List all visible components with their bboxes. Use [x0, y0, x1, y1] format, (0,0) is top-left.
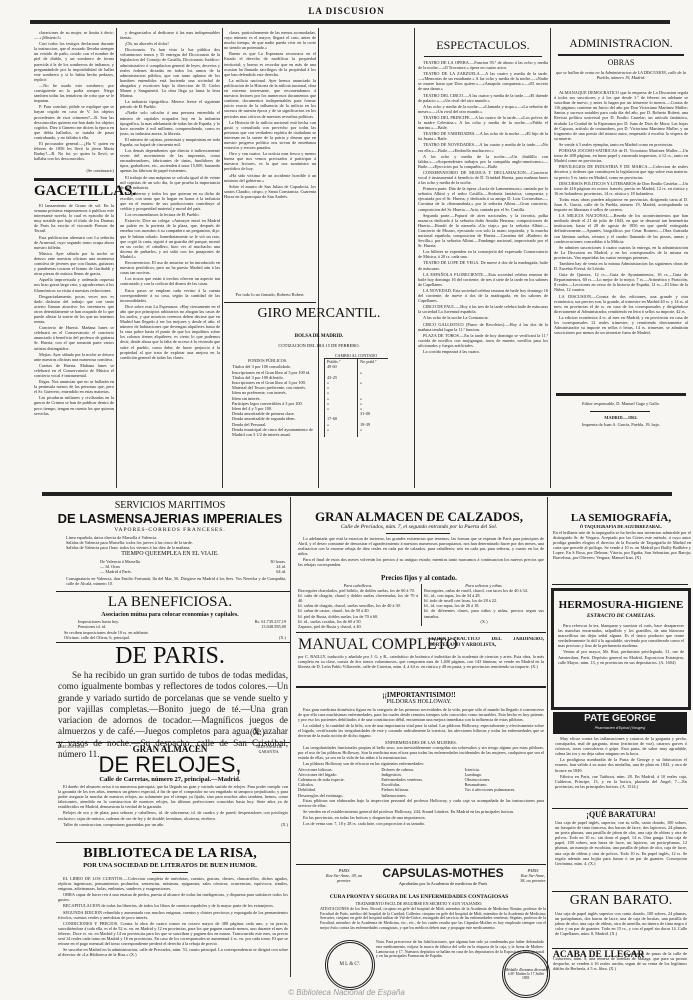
men-price-list: Borceguíes charolados, piel bóbilo, de d… [298, 588, 418, 629]
mensajerias-title: DE LASMENSAJERIAS IMPERIALES [50, 511, 290, 526]
paragraph: —No he usado este sombrero; por consigui… [34, 83, 114, 103]
price-item: Id. caña de chagrín, charol y dobles sue… [298, 593, 418, 603]
biblioteca-subtitle: POR UNA SOCIEDAD DE LITERATOS DE BUEN HU… [50, 862, 290, 869]
ad-rule [56, 742, 290, 743]
gran-barato-title: GRAN BARATO. [549, 893, 693, 909]
ad-mark: (A. 1514.) [620, 784, 638, 789]
news-item: Desgraciadamente, pocas veces nos es dad… [34, 294, 114, 325]
book-listing: Guia de Quintos, 12 rs.—Guia de Ayuntami… [554, 272, 688, 292]
show-item: TEATRO DE LOPE DE VEGA. De nueve á dos d… [418, 260, 548, 270]
section-rule [590, 411, 650, 412]
ad-mark: (X) [635, 555, 641, 560]
paragraph: El gobierno y todos los que quieran en s… [120, 191, 220, 211]
show-item: A las ocho y media de la noche.—«Un diab… [418, 154, 548, 169]
pate-george-title: PATE GEORGE [553, 712, 687, 726]
seal-text: M L & Cº. [339, 962, 360, 968]
signature-line: Por todo lo no firmado, Roberto Robert. [224, 292, 316, 297]
book-listing: LA MILICIA NACIONAL.—Reseña de los acont… [554, 213, 688, 244]
paragraph: y desgraciados al dedicarse á las mas in… [120, 30, 220, 40]
book-listing: Se vende á 3 reales ejemplar, tanto en M… [554, 142, 688, 147]
news-column-2: y desgraciados al dedicarse á las mas in… [120, 30, 220, 488]
show-item: LA NOVEDAD. Esta sociedad celebra reunio… [418, 288, 548, 303]
paragraph: Diccionario. Ya han visto la luz pública… [120, 47, 220, 98]
route-time: 64 id. [276, 569, 286, 574]
manual-text: por C. BAILLY, traducido y añadido por J… [298, 654, 544, 669]
de-paris-mark: (X.) [250, 727, 265, 737]
show-item: CONSERVATORIO DE MUSICA Y DECLAMACION.—C… [418, 170, 548, 185]
benef-line: Oficinas: calle del Olivar, 6, principal… [64, 635, 130, 640]
ad-mark: (A. 1604) [659, 660, 676, 665]
biblioteca-title: BIBLIOTECA DE LA RISA, [50, 846, 290, 862]
semiografia-text: En el brillante arte de la taquigrafía s… [553, 530, 691, 580]
row-description: Deuda municipal de cinco del ayuntamient… [232, 427, 324, 437]
paragraph: Otro y van cuatro. La noticia mas fresca… [224, 151, 316, 171]
paragraph: Extravío. Dice un colega: «Anteayer entr… [120, 218, 220, 259]
capsulas-seal: M L & Cº. [325, 940, 375, 990]
show-item: La corrida empezará á las cuatro. [418, 349, 548, 354]
capsulas-text: ATESTACIONES de los Sres. Ricord, ciruja… [320, 907, 546, 937]
semiografia-subtitle: Ó TAQUIGRAFIA DE AGUIRREZABAL. [549, 524, 693, 529]
ad-rule [296, 686, 546, 688]
gacetillas-text: El lanzamiento de Grano de sol. En la se… [34, 203, 114, 488]
paragraph: Se suscribe en Madrid en la administraci… [58, 947, 288, 957]
show-item: LA ESPAÑOLA FLORECIENTE.—Esta sociedad c… [418, 272, 548, 287]
semiografia-title: LA SEMIOGRAFÍA, [549, 512, 693, 524]
masthead-title: LA DISCUSION [0, 6, 693, 16]
show-item: TEATRO DE VARIEDADES.—A las ocho de la n… [418, 131, 548, 141]
table-body: Títulos del 3 por 100 consolidado.49 60I… [232, 364, 410, 437]
manual-title-right: TEORICO-PRACTICO DEL JARDINERO, HORTELAN… [428, 637, 544, 649]
paragraph: El número de cajistas, prensistas y maqu… [120, 137, 220, 147]
paragraph: El procurador general:—¿Ha V. quien en f… [34, 141, 114, 161]
women-price-list: Borceguíes, cañas de rusell, charol, con… [424, 588, 544, 619]
section-rule [50, 200, 98, 201]
acaba-text: al almacen de pasas de la calle de Cedac… [553, 951, 687, 981]
show-item: CIRCO DE PAUL.—Hoy á las tres de la tard… [418, 304, 548, 314]
masthead-rule [30, 20, 670, 24]
paragraph: OBRA capaz de hacer reir á una estatua d… [58, 892, 288, 902]
paragraph: Sobre el asunto de San Julian de Capadoc… [224, 184, 316, 199]
news-item: Música. Ayer sábado por la noche se detu… [34, 251, 114, 276]
paragraph: Los trozos que están á trechos ofrecen u… [120, 276, 220, 286]
paragraph: Una caja de papel inglés, superior, con … [555, 820, 687, 866]
paragraph: Taller de construccion, composturas gara… [58, 822, 164, 827]
bolsa-table: CAMBIO AL CONTADO Public.º No publ.º Tít… [232, 353, 410, 437]
book-listing: Todas estas obras pueden adquirirse en p… [554, 197, 688, 212]
paragraph-row: Ventas al por mayor, Mr. Riot, perfumist… [558, 649, 684, 664]
paragraph: Dice sobre esto La Esperanza: «Hay ciert… [120, 304, 220, 360]
news-column-3: clases, particularmente de las menos aco… [224, 30, 316, 290]
calzados-women: Para señoras y niñas. Borceguíes, cañas … [424, 583, 544, 624]
capsulas-approved: Aprobadas por la Academia de medicina de… [368, 881, 518, 886]
ad-rule [296, 864, 546, 865]
news-item: Esta publicacion alternará con La señori… [34, 235, 114, 250]
column-divider [421, 584, 422, 626]
benef-line-row: Oficinas: calle del Olivar, 6, principal… [64, 635, 286, 640]
paragraph: RECAPITULACION de todas las librerías, d… [58, 903, 288, 908]
relojes-address: Calle de Carretas, número 27, principal.… [50, 776, 290, 783]
show-item: A las ocho de la noche La Constancia. [418, 315, 548, 320]
biblioteca-text: EL LIBRO DE LOS CUENTOS.—Coleccion compl… [58, 876, 288, 976]
beneficiosa-rows: Imposiciones hasta hoy.Rs. 61.739.237,19… [78, 619, 286, 629]
library-credit: © Biblioteca Nacional de España [0, 988, 693, 997]
obras-title: OBRAS [552, 58, 690, 67]
paragraph: La milicia nacional. Ayer hemos anunciad… [224, 78, 316, 119]
holloway-subtitle: PILDORAS HOLLOWAY. [292, 699, 546, 705]
ad-rule [56, 842, 290, 843]
paragraph: Estas píldoras son elaboradas bajo la in… [298, 798, 544, 808]
show-item: TEATRO DEL PRINCIPE.—A las cuatro de la … [418, 115, 548, 130]
ad-rule [552, 584, 688, 585]
ad-rule [56, 591, 290, 592]
paragraph-row: Se suscribe en Madrid en la administraci… [58, 947, 288, 957]
ad-rule [552, 891, 688, 892]
disease-item: Tos ó afecciones pulmonares. [465, 787, 544, 792]
show-item: Segunda parte.—Popurrí de aires nacional… [418, 213, 548, 249]
column-divider [116, 28, 117, 488]
printer-line: Imprenta de Juan A. García, Puebla, 19, … [554, 422, 688, 427]
espectaculos-text: TEATRO DE LA OPERA.—Funcion 95.ª de abon… [418, 60, 548, 488]
book-listing: LA DISCUSION.—Consta de dos ediciones, u… [554, 294, 688, 314]
column-divider [414, 28, 415, 488]
ad-mark: (X.) [424, 619, 544, 624]
news-item: El lanzamiento de Grano de sol. En la se… [34, 203, 114, 234]
vapores-tagline: VAPORES-CORREOS FRANCESES. [50, 527, 290, 533]
gacetillas-title: GACETILLAS. [34, 183, 114, 200]
baratura-text: Una caja de papel inglés, superior, con … [555, 820, 687, 872]
paragraph: Una caja de papel inglés superior con ca… [555, 911, 687, 936]
news-item: Ilegas. Nos anuncian que no se hallarán … [34, 379, 114, 394]
pate-george-tagline: Pharmacien d'Epinal (Vosges) [553, 726, 687, 731]
signature-name: Roberto Robert. [277, 292, 305, 297]
paragraph: La Historia de la milicia nacional está … [224, 120, 316, 151]
medal-text: Médaille d'honneur décernée à Mº Mothes … [505, 968, 547, 981]
show-item: A las ocho y media de la noche.—«Llamada… [418, 104, 548, 114]
servicios-title: SERVICIOS MARITIMOS [50, 500, 290, 511]
hermosura-subtitle: ESTRACTO DE CAMELIAS. [554, 613, 688, 619]
paragraph: claraciones de su mujer, se limita á dec… [34, 30, 114, 40]
benef-value: 13.048.585,00 [261, 624, 286, 629]
paragraph: Estos pasos se emplean cada vecino á la … [120, 288, 220, 303]
ad-mark: (X.) [531, 664, 538, 669]
benef-row: Pensiones id. id.13.048.585,00 [78, 624, 286, 629]
book-listing: Se admiten suscriciones á cuatro cuartos… [554, 245, 688, 260]
paragraph: al almacen de pasas de la calle de Cedac… [553, 951, 687, 971]
city-year: MADRID.—1862. [554, 415, 688, 420]
paragraph: ¡Oh, no ahorréis el dolor! [120, 41, 220, 46]
row-no-publicado: » [357, 427, 390, 437]
disease-list: Afecciones biliosas.Afecciones del hígad… [298, 767, 544, 798]
relojes-title: DE RELOJES, [50, 752, 290, 778]
price-item: Id. de diferentes clases, para niños y n… [424, 608, 544, 618]
benef-label: Pensiones id. id. [78, 624, 106, 629]
signature-label: Por todo lo no firmado, [236, 292, 276, 297]
pate-george-banner: PATE GEORGE Pharmacien d'Epinal (Vosges) [553, 712, 687, 734]
column-divider [547, 497, 548, 977]
news-item: Concierto de Huerta. Mañana lunes se cel… [34, 325, 114, 350]
calzados-men: Para caballeros. Borceguíes charolados, … [298, 583, 418, 629]
book-listing: POESIAS JOCOSO-SATIRICAS de D. Victorian… [554, 148, 688, 163]
paragraph: SEGUNDA EDICION refundida y aumentada co… [58, 910, 288, 920]
book-listing: Tambien hay de venta en la misma Adminis… [554, 261, 688, 271]
administracion-text: ALMANAQUE DEMOCRATICO que la empresa de … [554, 90, 688, 390]
book-listing: DISCURSOS POLITICOS Y LITERARIOS de Don … [554, 181, 688, 196]
paragraph: Muy eficaz contra las inflamaciones y ca… [555, 736, 687, 756]
table-row: Deuda municipal de cinco del ayuntamient… [232, 427, 410, 437]
obras-intro: que se hallan de venta en la Administrac… [554, 70, 688, 80]
administracion-title: ADMINISTRACION. [552, 38, 690, 50]
section-rule [386, 533, 450, 534]
paragraph: Para refrescar la tez, blanquear y suavi… [558, 623, 684, 648]
ad-rule [552, 808, 688, 809]
address: Rue Ste-Anne, 38, au premier. [320, 873, 368, 883]
calzados-title: GRAN ALMACEN DE CALZADOS, [292, 509, 546, 525]
show-item: Los billetes se expenden en la conserjer… [418, 249, 548, 259]
paragraph: La calidad y la cantidad de la bilis, so… [298, 723, 544, 738]
news-item: Mejias. Ayer sábado por la noche se detu… [34, 352, 114, 362]
paragraph: «Nadie solo calcular á una persona enten… [120, 110, 220, 135]
ad-mark: (X.) [610, 931, 617, 936]
editor-rule [556, 393, 686, 396]
paragraph: EL LIBRO DE LOS CUENTOS.—Coleccion compl… [58, 876, 288, 891]
beneficiosa-title: LA BENEFICIOSA. [50, 594, 290, 611]
paragraph: El dueño del almacen avisa á su numerosa… [58, 784, 288, 809]
paragraph: En el brillante arte de la taquigrafía s… [553, 530, 691, 560]
paragraph: Se venden en el establecimiento general … [298, 809, 544, 814]
ad-mark: (X.) [276, 822, 288, 827]
ad-mark: (X.) [279, 635, 286, 640]
paragraph: Los demás dependientes que directa ó ind… [120, 148, 220, 173]
ad-mark: (X.) [588, 861, 595, 866]
bolsa-date: COTIZACION DEL DIA 15 DE FEBRERO. [224, 343, 414, 348]
section-rule [558, 54, 684, 56]
show-item: TEATRO DE NOVEDADES.—A las cuatro y medi… [418, 142, 548, 152]
hermosura-title: HERMOSURA-HIGIENE [554, 599, 688, 611]
paragraph: Para el final de estos dos meses volverá… [298, 557, 544, 567]
ad-rule [552, 948, 688, 949]
paragraph: Las píldoras Holloway son de eficacia en… [298, 761, 544, 766]
paragraph: Relojes de oro y de plata, para señoras … [58, 810, 288, 820]
editor-line: Editor responsable, D. Manuel Gago y Gal… [554, 401, 688, 406]
manual-description: por C. BAILLY, traducido y añadido por J… [298, 654, 544, 669]
paragraph: La industria tipográfica. Merece leerse … [120, 99, 220, 109]
espectaculos-title: ESPECTACULOS. [418, 38, 548, 53]
relojes-text: El dueño del almacen avisa á su numerosa… [58, 784, 288, 830]
section-rule [224, 302, 316, 303]
ad-rule [296, 632, 546, 633]
show-item: TEATRO DE LA ZARZUELA.—A las cuatro y me… [418, 71, 548, 91]
pate-george-text: Muy eficaz contra las inflamaciones y ca… [555, 736, 687, 794]
capsulas-title: CAPSULAS-MOTHES [368, 866, 518, 880]
paragraph: CONDICIONES Y PRECIOS. Consta la obra de… [58, 921, 288, 946]
paragraph: Reconvencion. El uso de antuviar se ha i… [120, 260, 220, 275]
ad-mark: (X.) [129, 952, 136, 957]
paragraph: Casi todos los testigos declararon duran… [34, 41, 114, 82]
paragraph: P. Para concluir, pídale se explique que… [34, 104, 114, 140]
holloway-text: Esta gran medicina doméstica figura en l… [298, 707, 544, 863]
paragraph: Bueno es que La Esperanza reconozca en e… [224, 51, 316, 76]
calzados-intro: Lo adelantada que está la estacion de in… [298, 536, 544, 569]
ad-mark: (X.) [609, 966, 616, 971]
paragraph: clases, particularmente de las menos aco… [224, 30, 316, 50]
paragraph: Lo adelantada que está la estacion de in… [298, 536, 544, 556]
show-item: TEATRO DEL CIRCO.—A las cuatro y media d… [418, 93, 548, 103]
news-item: Aquella improvisada y ordenada orquesta … [34, 277, 114, 292]
feuilleton-rule [34, 178, 114, 181]
capsulas-right-address: PARIS Rue Ste-Anne, 38, au premier. [520, 868, 546, 883]
paragraph-row: Taller de construccion, composturas gara… [58, 822, 288, 827]
beneficiosa-lines: Se reciben imposiciones desde 10 rs. en … [64, 630, 286, 640]
book-listing: La edicion económica 4 rs. al mes en Mad… [554, 315, 688, 335]
calzados-address: Calle de Preciados, núm. 7, el segundo e… [292, 524, 546, 530]
tiempo-title: TIEMPO QUEEMPLEA EN EL VIAJE. [50, 551, 290, 557]
section-rule [424, 56, 542, 57]
continued-note: (Se continuará.) [34, 168, 114, 173]
hermosura-text: Para refrescar la tez, blanquear y suavi… [558, 623, 684, 703]
de-paris-title: DE PARIS. [50, 643, 290, 670]
ads-top-rule [42, 492, 672, 496]
feuilleton-text: claraciones de su mujer, se limita á dec… [34, 30, 114, 168]
price-item: Zapatos, piel de Rusia y charol, á 40. [298, 624, 418, 629]
show-item: PLAZA DE TOROS.—En la tarde de hoy domin… [418, 333, 548, 348]
paragraph: La prodigiosa nombradía de la Pasta de G… [555, 757, 687, 772]
section-rule [152, 872, 188, 873]
paragraph-row: Fábrica en París, rue Taitbout, núm. 28.… [555, 774, 687, 789]
book-listing: PRIVILEGIOS DE INDUSTRIA Y DE MARCA.—Col… [554, 164, 688, 179]
paragraph: «Ha sido víctima de un accidente horribl… [224, 173, 316, 183]
holloway-title: ¡¡IMPORTANTISIMO!! [292, 691, 546, 699]
baratura-title: ¡QUÉ BARATURA! [549, 810, 693, 819]
calzados-prices-title: Precios fijos y al contado. [292, 574, 546, 582]
paragraph: Las irregularidades funcionales propias … [298, 745, 544, 760]
route-row: — Madrid á París.64 id. [100, 569, 286, 574]
show-item: TEATRO DE LA OPERA.—Funcion 95.ª de abon… [418, 60, 548, 70]
news-item: Las picaduras militares y civilizadas en… [34, 395, 114, 415]
show-item: Primera parte. Dúo de la ópera «Lucía de… [418, 186, 548, 211]
paragraph: El trabajo de una máquina se calcula igu… [120, 175, 220, 190]
giro-mercantil-title: GIRO MERCANTIL. [224, 306, 414, 322]
routes-table: De Valencia á Marsella30 horas.— Id. Ora… [100, 559, 286, 574]
route-name: — Madrid á París. [100, 569, 132, 574]
address: Rue Ste-Anne, 38, au premier. [520, 873, 546, 883]
gran-barato-text: Una caja de papel inglés superior con ca… [555, 911, 687, 951]
paragraph: Esta gran medicina doméstica figura en l… [298, 707, 544, 722]
paragraph: En las provincias, en todas las boticas … [298, 815, 544, 820]
column-divider [222, 28, 223, 488]
paragraph: Los de venta son: 7, 18 y 28 rs. cada bo… [298, 821, 544, 826]
servicios-footer: Consignatario en Valencia, don Emilio Fo… [66, 576, 286, 586]
service-line: Salidas de Valencia para Oran: todos los… [66, 545, 286, 550]
capsulas-subline: TRATAMIENTO FACIL DE SEGUIRSE EN SECRETO… [292, 901, 546, 906]
paragraph: Los recomendamos la lectura de El Pueblo… [120, 212, 220, 217]
capsulas-headline: CURA PRONTA Y SEGURA DE LAS ENFERMEDADES… [292, 894, 546, 900]
row-publicado: » [324, 427, 357, 437]
show-item: CIRCO GALLISTICO (Paseo de Recoletos).—H… [418, 322, 548, 332]
column-divider [290, 497, 291, 977]
column-divider [550, 28, 551, 488]
beneficiosa-subtitle: Asociacion mútua para colocar economías … [50, 612, 290, 618]
servicios-lines: Línea española, única directa de Marsell… [66, 535, 286, 550]
book-listing: ALMANAQUE DEMOCRATICO que la empresa de … [554, 90, 688, 141]
capsulas-left-address: PARIS Rue Ste-Anne, 38, au premier. [320, 868, 368, 883]
news-item: Casetas de Huerta. Mañana lunes se celeb… [34, 363, 114, 378]
bolsa-subtitle: BOLSA DE MADRID. [224, 334, 414, 339]
